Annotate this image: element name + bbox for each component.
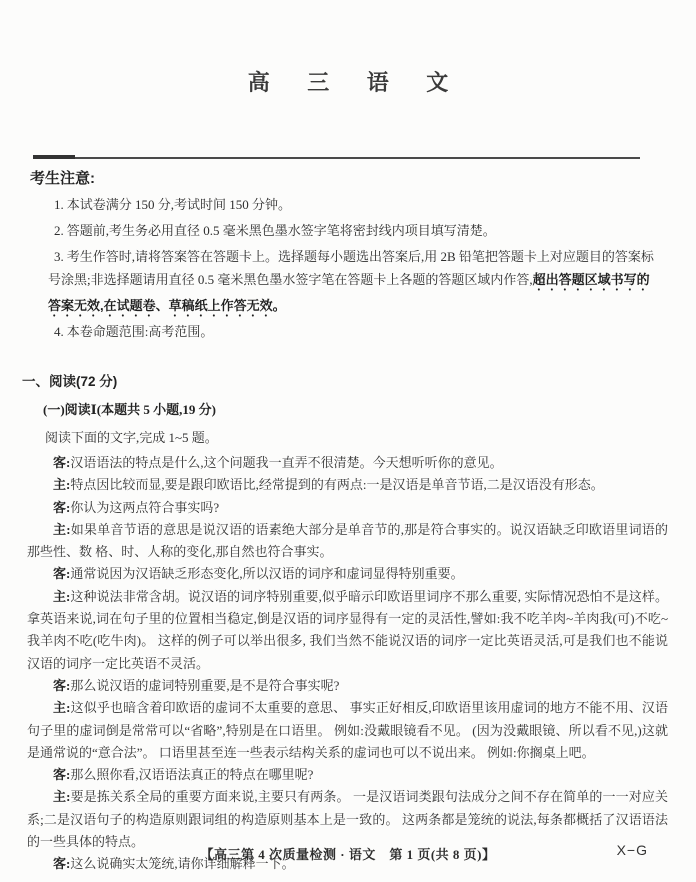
section-title: 一、阅读(72 分) — [22, 370, 668, 390]
dialogue-text: 这似乎也暗含着印欧语的虚词不太重要的意思、 事实正好相反,印欧语里该用虚词的地方… — [27, 700, 668, 760]
footer-caption: 【高三第 4 次质量检测 · 语文 第 1 页(共 8 页)】 — [0, 844, 696, 863]
dialogue-paragraph: 主:特点因比较而显,要是跟印欧语比,经常提到的有两点:一是汉语是单音节语,二是汉… — [27, 474, 668, 496]
notice-item-number: 4. — [54, 324, 64, 339]
dialogue-paragraph: 客:你认为这两点符合事实吗? — [27, 497, 668, 519]
dialogue-paragraph: 主:这种说法非常含胡。说汉语的词序特别重要,似乎暗示印欧语里词序不那么重要, 实… — [27, 586, 668, 675]
dialogue-paragraph: 客:那么照你看,汉语语法真正的特点在哪里呢? — [27, 764, 668, 786]
exam-title: 高 三 语 文 — [0, 0, 696, 97]
speaker-label: 主: — [53, 589, 70, 604]
notice-item: 2.答题前,考生务必用直径 0.5 毫米黑色墨水签字笔将密封线内项目填写清楚。 — [48, 219, 662, 245]
notice-item-text: 答题前,考生务必用直径 0.5 毫米黑色墨水签字笔将密封线内项目填写清楚。 — [67, 223, 496, 238]
paper-code: X−G — [617, 842, 648, 858]
header-rule — [33, 157, 640, 159]
dialogue-text: 如果单音节语的意思是说汉语的语素绝大部分是单音节的,那是符合事实的。说汉语缺乏印… — [27, 522, 668, 559]
reading-section: 一、阅读(72 分) (一)阅读Ⅰ(本题共 5 小题,19 分) 阅读下面的文字… — [22, 370, 668, 876]
notice-item-number: 1. — [54, 197, 64, 212]
speaker-label: 客: — [53, 566, 70, 581]
dialogue-text: 要是拣关系全局的重要方面来说,主要只有两条。 一是汉语词类跟句法成分之间不存在简… — [27, 789, 668, 849]
speaker-label: 客: — [53, 767, 70, 782]
dialogue-paragraph: 主:如果单音节语的意思是说汉语的语素绝大部分是单音节的,那是符合事实的。说汉语缺… — [27, 519, 668, 564]
reading-instruction: 阅读下面的文字,完成 1~5 题。 — [45, 427, 668, 446]
dialogue-text: 特点因比较而显,要是跟印欧语比,经常提到的有两点:一是汉语是单音节语,二是汉语没… — [70, 477, 603, 492]
dialogue-paragraph: 主:这似乎也暗含着印欧语的虚词不太重要的意思、 事实正好相反,印欧语里该用虚词的… — [27, 697, 668, 764]
passage: 客:汉语语法的特点是什么,这个问题我一直弄不很清楚。今天想听听你的意见。 主:特… — [27, 452, 668, 876]
dialogue-text: 这种说法非常含胡。说汉语的词序特别重要,似乎暗示印欧语里词序不那么重要, 实际情… — [27, 589, 668, 671]
speaker-label: 客: — [53, 455, 70, 470]
dialogue-text: 你认为这两点符合事实吗? — [70, 500, 219, 515]
dialogue-text: 那么说汉语的虚词特别重要,是不是符合事实呢? — [70, 678, 339, 693]
notice-item-number: 3. — [54, 249, 64, 264]
dialogue-paragraph: 客:汉语语法的特点是什么,这个问题我一直弄不很清楚。今天想听听你的意见。 — [27, 452, 668, 474]
notice-item: 4.本卷命题范围:高考范围。 — [48, 320, 662, 346]
notice-heading: 考生注意: — [30, 167, 662, 188]
speaker-label: 主: — [53, 789, 70, 804]
dialogue-paragraph: 客:通常说因为汉语缺乏形态变化,所以汉语的词序和虚词显得特别重要。 — [27, 563, 668, 585]
notice-item-text: 本试卷满分 150 分,考试时间 150 分钟。 — [67, 197, 291, 212]
dialogue-text: 汉语语法的特点是什么,这个问题我一直弄不很清楚。今天想听听你的意见。 — [70, 455, 502, 470]
speaker-label: 主: — [53, 700, 70, 715]
notice-item: 1.本试卷满分 150 分,考试时间 150 分钟。 — [48, 193, 662, 219]
exam-page: 高 三 语 文 考生注意: 1.本试卷满分 150 分,考试时间 150 分钟。… — [0, 0, 696, 882]
notice-item-text: 本卷命题范围:高考范围。 — [67, 324, 214, 339]
dialogue-text: 通常说因为汉语缺乏形态变化,所以汉语的词序和虚词显得特别重要。 — [70, 566, 463, 581]
dialogue-text: 那么照你看,汉语语法真正的特点在哪里呢? — [70, 767, 313, 782]
notice-section: 考生注意: 1.本试卷满分 150 分,考试时间 150 分钟。 2.答题前,考… — [30, 167, 662, 346]
notice-list: 1.本试卷满分 150 分,考试时间 150 分钟。 2.答题前,考生务必用直径… — [30, 193, 662, 346]
subsection-title: (一)阅读Ⅰ(本题共 5 小题,19 分) — [43, 399, 668, 418]
speaker-label: 主: — [53, 477, 70, 492]
page-footer: 【高三第 4 次质量检测 · 语文 第 1 页(共 8 页)】 X−G — [0, 844, 696, 864]
speaker-label: 主: — [53, 522, 71, 537]
speaker-label: 客: — [53, 500, 70, 515]
notice-item-number: 2. — [54, 223, 64, 238]
dialogue-paragraph: 客:那么说汉语的虚词特别重要,是不是符合事实呢? — [27, 675, 668, 697]
notice-item: 3.考生作答时,请将答案答在答题卡上。选择题每小题选出答案后,用 2B 铅笔把答… — [48, 245, 662, 320]
speaker-label: 客: — [53, 678, 70, 693]
